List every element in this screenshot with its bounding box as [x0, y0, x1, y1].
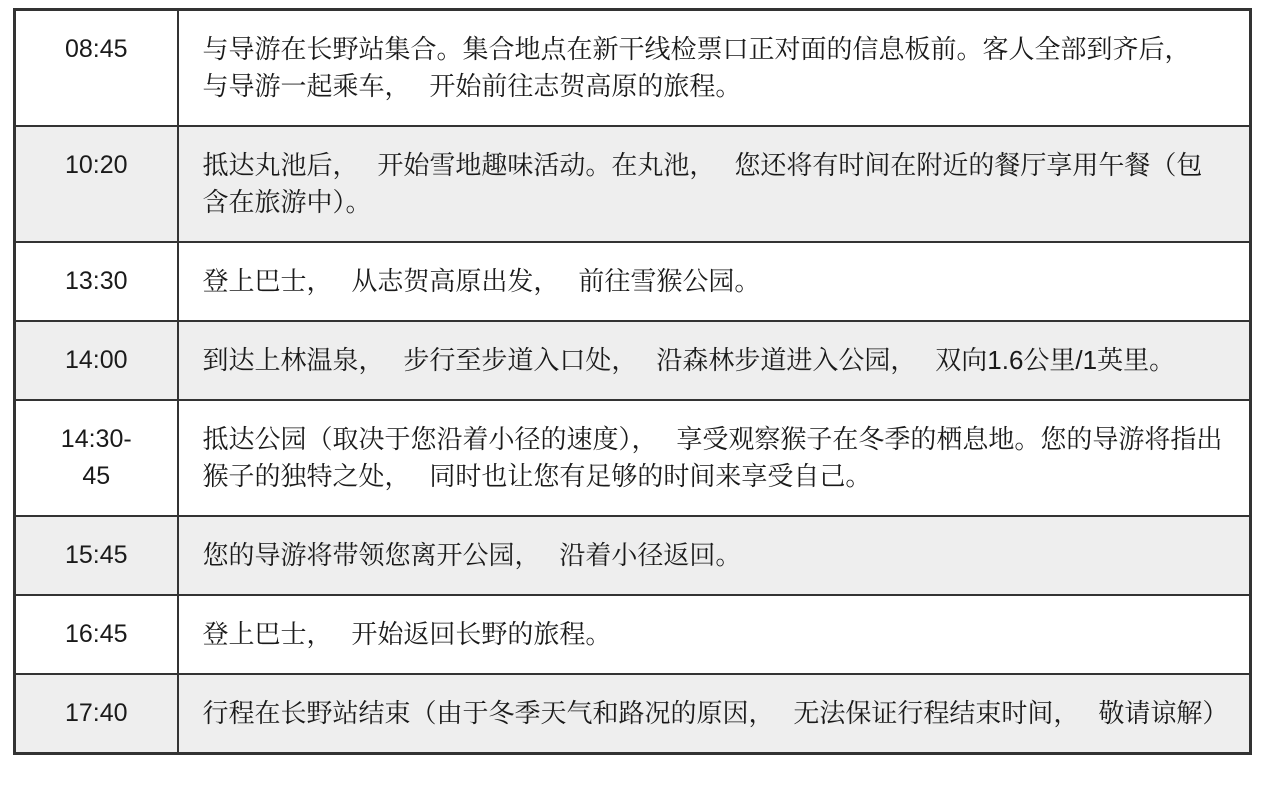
schedule-row: 08:45 与导游在长野站集合。集合地点在新干线检票口正对面的信息板前。客人全部… — [15, 10, 1251, 127]
schedule-row: 13:30 登上巴士， 从志贺高原出发， 前往雪猴公园。 — [15, 242, 1251, 321]
schedule-row: 16:45 登上巴士， 开始返回长野的旅程。 — [15, 595, 1251, 674]
time-cell: 10:20 — [15, 126, 178, 242]
time-cell: 13:30 — [15, 242, 178, 321]
description-cell: 您的导游将带领您离开公园， 沿着小径返回。 — [178, 516, 1251, 595]
schedule-row: 15:45 您的导游将带领您离开公园， 沿着小径返回。 — [15, 516, 1251, 595]
description-cell: 登上巴士， 从志贺高原出发， 前往雪猴公园。 — [178, 242, 1251, 321]
description-cell: 抵达公园（取决于您沿着小径的速度）， 享受观察猴子在冬季的栖息地。您的导游将指出… — [178, 400, 1251, 516]
time-cell: 16:45 — [15, 595, 178, 674]
schedule-row: 14:30- 45 抵达公园（取决于您沿着小径的速度）， 享受观察猴子在冬季的栖… — [15, 400, 1251, 516]
schedule-row: 17:40 行程在长野站结束（由于冬季天气和路况的原因， 无法保证行程结束时间，… — [15, 674, 1251, 754]
time-cell: 15:45 — [15, 516, 178, 595]
itinerary-table: 08:45 与导游在长野站集合。集合地点在新干线检票口正对面的信息板前。客人全部… — [13, 8, 1252, 755]
time-cell: 14:30- 45 — [15, 400, 178, 516]
time-cell: 08:45 — [15, 10, 178, 127]
page: { "colors": { "border_color": "#333333",… — [0, 0, 1274, 804]
schedule-row: 14:00 到达上林温泉， 步行至步道入口处， 沿森林步道进入公园， 双向1.6… — [15, 321, 1251, 400]
time-cell: 17:40 — [15, 674, 178, 754]
itinerary-table-body: 08:45 与导游在长野站集合。集合地点在新干线检票口正对面的信息板前。客人全部… — [15, 10, 1251, 754]
time-cell: 14:00 — [15, 321, 178, 400]
schedule-row: 10:20 抵达丸池后， 开始雪地趣味活动。在丸池， 您还将有时间在附近的餐厅享… — [15, 126, 1251, 242]
description-cell: 行程在长野站结束（由于冬季天气和路况的原因， 无法保证行程结束时间， 敬请谅解） — [178, 674, 1251, 754]
description-cell: 登上巴士， 开始返回长野的旅程。 — [178, 595, 1251, 674]
description-cell: 抵达丸池后， 开始雪地趣味活动。在丸池， 您还将有时间在附近的餐厅享用午餐（包含… — [178, 126, 1251, 242]
description-cell: 与导游在长野站集合。集合地点在新干线检票口正对面的信息板前。客人全部到齐后， 与… — [178, 10, 1251, 127]
description-cell: 到达上林温泉， 步行至步道入口处， 沿森林步道进入公园， 双向1.6公里/1英里… — [178, 321, 1251, 400]
